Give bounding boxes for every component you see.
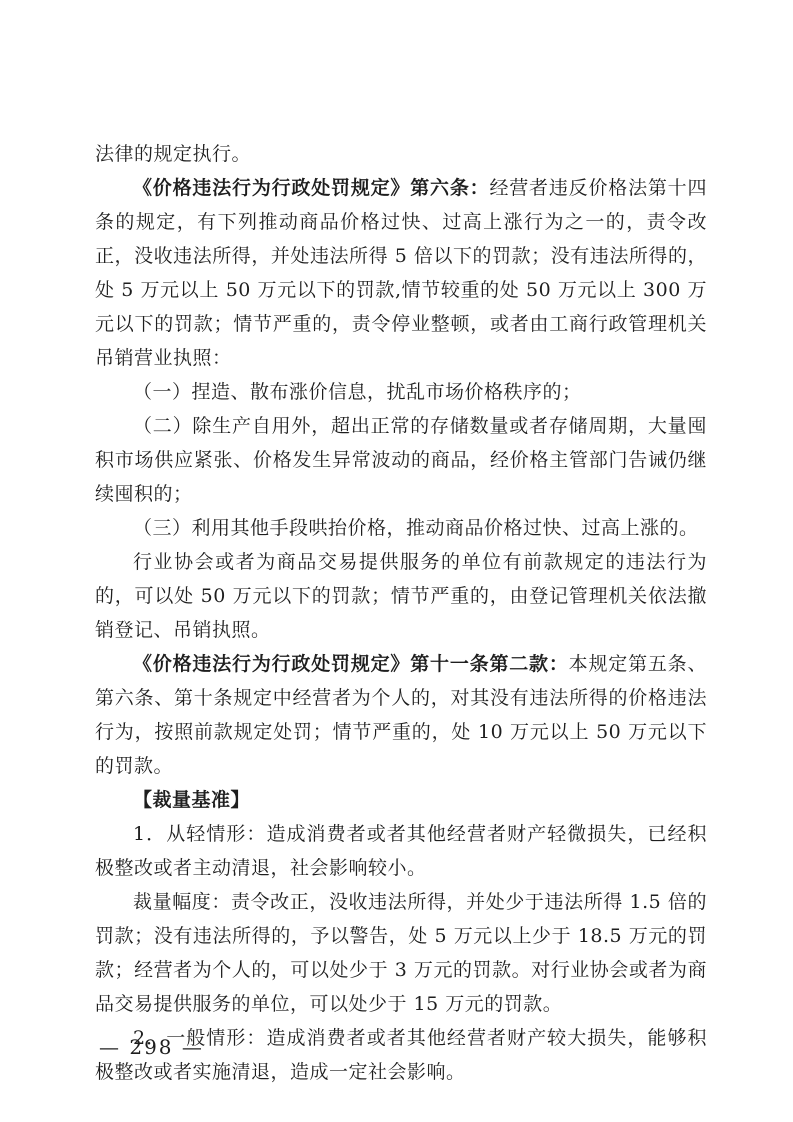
paragraph-text: 裁量幅度：责令改正，没收违法所得，并处少于违法所得 1.5 倍的罚款；没有违法所… — [95, 891, 707, 1015]
paragraph-item-3: （三）利用其他手段哄抬价格，推动商品价格过快、过高上涨的。 — [95, 511, 707, 545]
paragraph-label: 《价格违法行为行政处罚规定》第十一条第二款： — [133, 653, 569, 675]
paragraph-text: 经营者违反价格法第十四条的规定，有下列推动商品价格过快、过高上涨行为之一的，责令… — [95, 177, 707, 369]
paragraph-article-11-clause-2: 《价格违法行为行政处罚规定》第十一条第二款：本规定第五条、第六条、第十条规定中经… — [95, 647, 707, 783]
paragraph-label: 【裁量基准】 — [133, 789, 250, 811]
document-page: 法律的规定执行。 《价格违法行为行政处罚规定》第六条：经营者违反价格法第十四条的… — [0, 0, 793, 1122]
heading-discretion-benchmark: 【裁量基准】 — [95, 783, 707, 817]
paragraph-text: 行业协会或者为商品交易提供服务的单位有前款规定的违法行为的，可以处 50 万元以… — [95, 551, 707, 641]
document-body: 法律的规定执行。 《价格违法行为行政处罚规定》第六条：经营者违反价格法第十四条的… — [95, 137, 707, 1089]
paragraph-item-2: （二）除生产自用外，超出正常的存储数量或者存储周期，大量囤积市场供应紧张、价格发… — [95, 409, 707, 511]
paragraph-text: （一）捏造、散布涨价信息，扰乱市场价格秩序的； — [133, 381, 582, 403]
paragraph-continuation: 法律的规定执行。 — [95, 137, 707, 171]
paragraph-text: （二）除生产自用外，超出正常的存储数量或者存储周期，大量囤积市场供应紧张、价格发… — [95, 415, 707, 505]
paragraph-industry-association: 行业协会或者为商品交易提供服务的单位有前款规定的违法行为的，可以处 50 万元以… — [95, 545, 707, 647]
paragraph-text: （三）利用其他手段哄抬价格，推动商品价格过快、过高上涨的。 — [133, 517, 699, 539]
paragraph-label: 《价格违法行为行政处罚规定》第六条： — [133, 177, 489, 199]
paragraph-article-6: 《价格违法行为行政处罚规定》第六条：经营者违反价格法第十四条的规定，有下列推动商… — [95, 171, 707, 375]
paragraph-discretion-range: 裁量幅度：责令改正，没收违法所得，并处少于违法所得 1.5 倍的罚款；没有违法所… — [95, 885, 707, 1021]
page-number: — 298 — — [99, 1033, 204, 1061]
paragraph-lenient-circumstance: 1．从轻情形：造成消费者或者其他经营者财产轻微损失，已经积极整改或者主动清退，社… — [95, 817, 707, 885]
paragraph-text: 法律的规定执行。 — [95, 143, 251, 165]
paragraph-text: 1．从轻情形：造成消费者或者其他经营者财产轻微损失，已经积极整改或者主动清退，社… — [95, 823, 707, 879]
paragraph-item-1: （一）捏造、散布涨价信息，扰乱市场价格秩序的； — [95, 375, 707, 409]
